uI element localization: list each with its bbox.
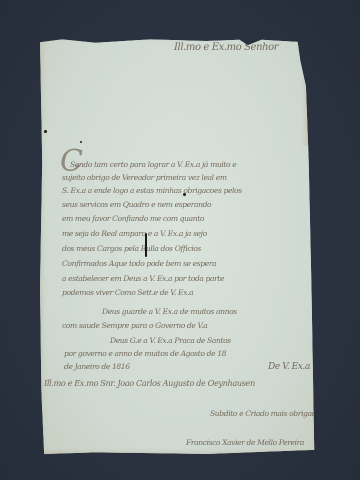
- manuscript-page: Ill.mo e Ex.mo Senhor C Sendo tam certo …: [40, 36, 317, 454]
- addressee: Ill.mo e Ex.mo Snr. Joao Carlos Augusto …: [44, 378, 255, 388]
- closing-line: por governo e anno de muitos de Agosto d…: [64, 349, 226, 358]
- signoff: De V. Ex.a: [268, 362, 310, 372]
- body-line: dos meus Cargos pela Bulla dos Officios: [62, 244, 201, 253]
- paper-edge-stain: [301, 56, 315, 146]
- closing-line: com saude Sempre para o Governo de V.a: [62, 321, 207, 330]
- ink-spot: [44, 130, 47, 133]
- body-line: sujeito obrigo de Vereador primeira vez …: [62, 173, 227, 182]
- ink-stroke-mark: [145, 233, 147, 257]
- subscription: Subdito e Criado mais obrigado: [210, 409, 320, 418]
- body-line: a estabelecer em Deus a V. Ex.a por toda…: [62, 274, 224, 283]
- closing-line: Deus G.e a V. Ex.a Praca de Santos: [110, 336, 231, 345]
- body-line: podemos viver Como Sett.e de V. Ex.a: [62, 288, 193, 297]
- ink-spot: [80, 141, 82, 143]
- body-line: em meu favor Confiando me com quanto: [62, 214, 204, 223]
- ink-spot: [183, 193, 186, 196]
- closing-line: Deus guarde a V. Ex.a de muitos annos: [102, 307, 237, 316]
- closing-line: de Janeiro de 1816: [64, 362, 130, 371]
- signature: Francisco Xavier de Mello Pereira: [186, 438, 304, 447]
- body-line: Confirmados Aque todo pode bem se espera: [62, 259, 216, 268]
- body-line: seus servicos em Quadro e nem esperando: [62, 200, 211, 209]
- body-line: Sendo tam certo para lograr a V. Ex.a já…: [70, 160, 236, 169]
- body-line: S. Ex.a a ende logo a estas minhas obrig…: [62, 186, 242, 195]
- body-line: me seja do Real amparo e a V. Ex.a ja se…: [62, 229, 207, 238]
- salutation: Ill.mo e Ex.mo Senhor: [174, 42, 278, 53]
